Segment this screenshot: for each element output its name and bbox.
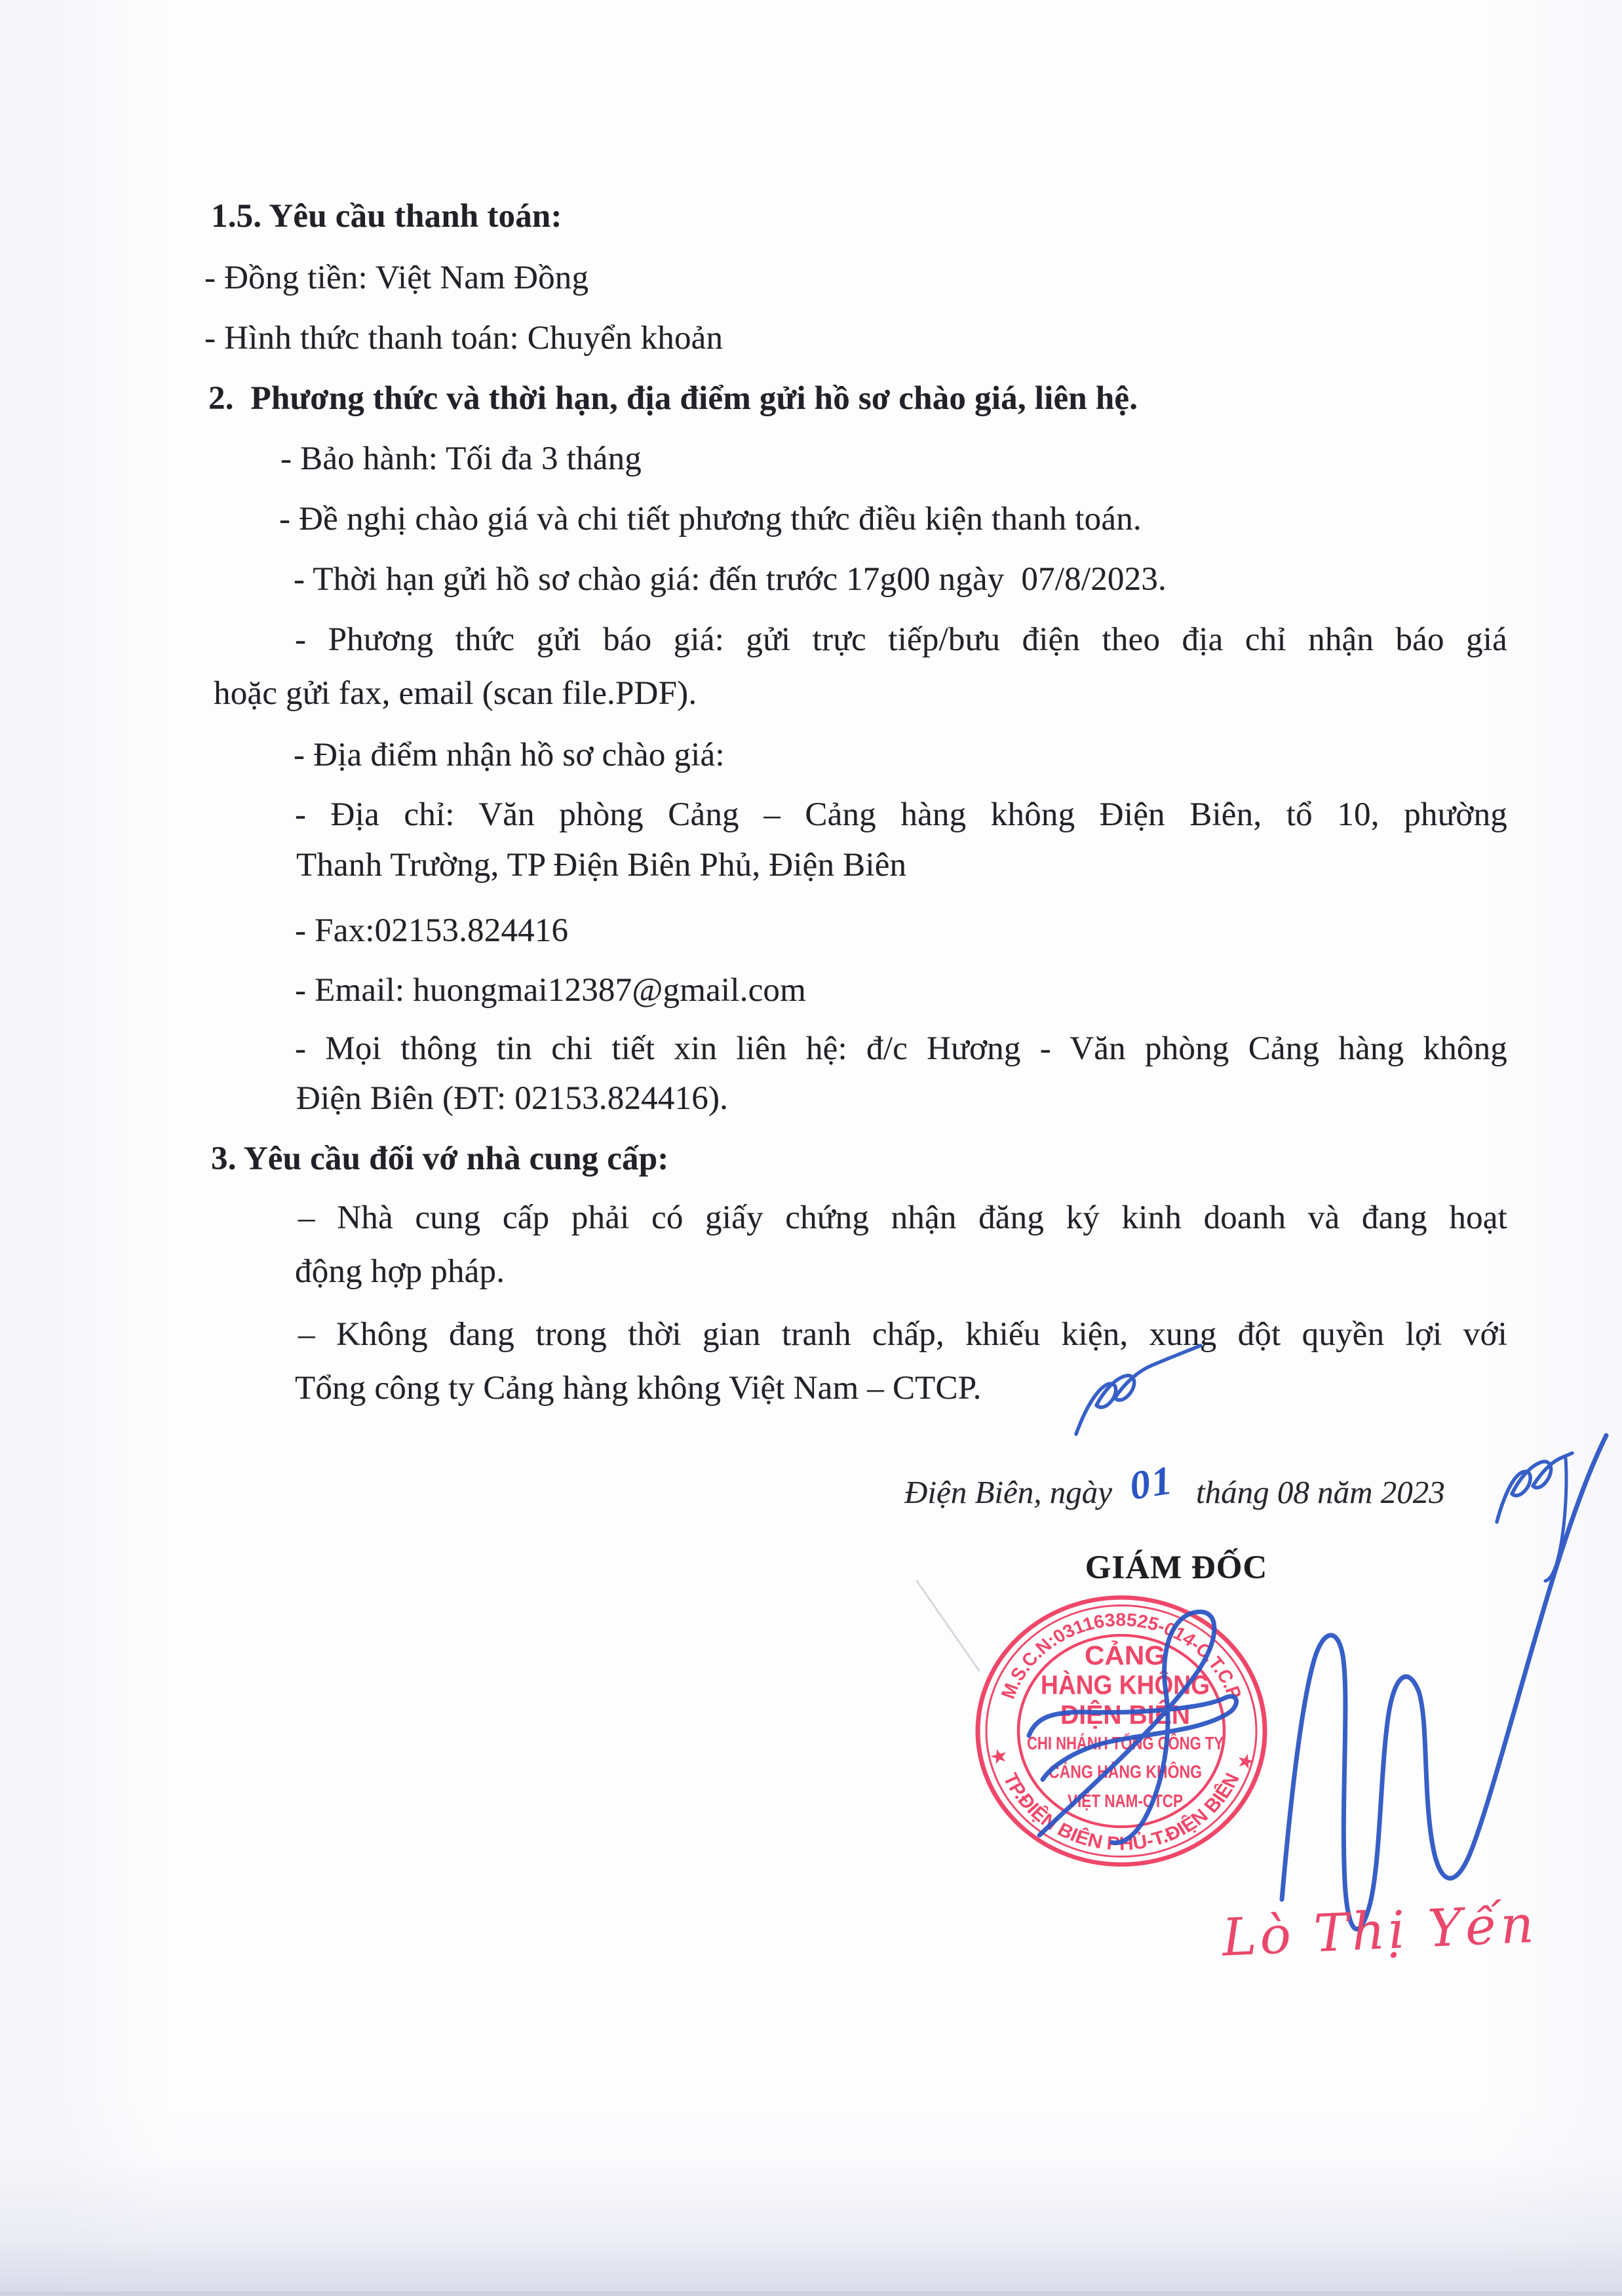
scan-scratch-mark [917,1581,979,1671]
initials-after-ctcp [1076,1346,1201,1434]
scan-page-edge [0,2291,1622,2296]
doc-line: Thanh Trường, TP Điện Biên Phủ, Điện Biê… [296,842,906,889]
scan-shadow-band [0,2158,1622,2296]
signature-stroke-humps [1282,1435,1606,1929]
doc-line: - Đề nghị chào giá và chi tiết phương th… [279,496,1142,543]
scanned-document-page: 1.5. Yêu cầu thanh toán: - Đồng tiền: Vi… [0,0,1622,2296]
doc-line: Điện Biên (ĐT: 02153.824416). [296,1075,728,1122]
doc-line: - Bảo hành: Tối đa 3 tháng [280,435,642,482]
doc-line: – Nhà cung cấp phải có giấy chứng nhận đ… [298,1194,1507,1241]
doc-line: - Địa điểm nhận hồ sơ chào giá: [294,731,725,779]
doc-line: hoặc gửi fax, email (scan file.PDF). [214,670,697,717]
heading-3: 3. Yêu cầu đối vớ nhà cung cấp: [211,1135,669,1182]
heading-1-5: 1.5. Yêu cầu thanh toán: [211,193,562,240]
doc-line: - Phương thức gửi báo giá: gửi trực tiếp… [295,616,1507,663]
doc-line: Tổng công ty Cảng hàng không Việt Nam – … [295,1365,982,1412]
doc-line: - Địa chỉ: Văn phòng Cảng – Cảng hàng kh… [295,791,1507,838]
doc-line: - Email: huongmai12387@gmail.com [295,967,806,1014]
doc-line: - Đồng tiền: Việt Nam Đồng [204,254,589,302]
doc-line: - Mọi thông tin chi tiết xin liên hệ: đ/… [295,1025,1507,1072]
doc-line: - Fax:02153.824416 [295,907,568,954]
doc-line: động hợp pháp. [295,1248,505,1295]
signature-stroke-scribble [1029,1696,1237,1780]
doc-line: - Hình thức thanh toán: Chuyển khoản [204,315,723,362]
doc-line: - Thời hạn gửi hồ sơ chào giá: đến trước… [294,556,1167,603]
heading-2: 2. Phương thức và thời hạn, địa điểm gửi… [208,375,1138,422]
initials-after-date [1497,1453,1572,1522]
